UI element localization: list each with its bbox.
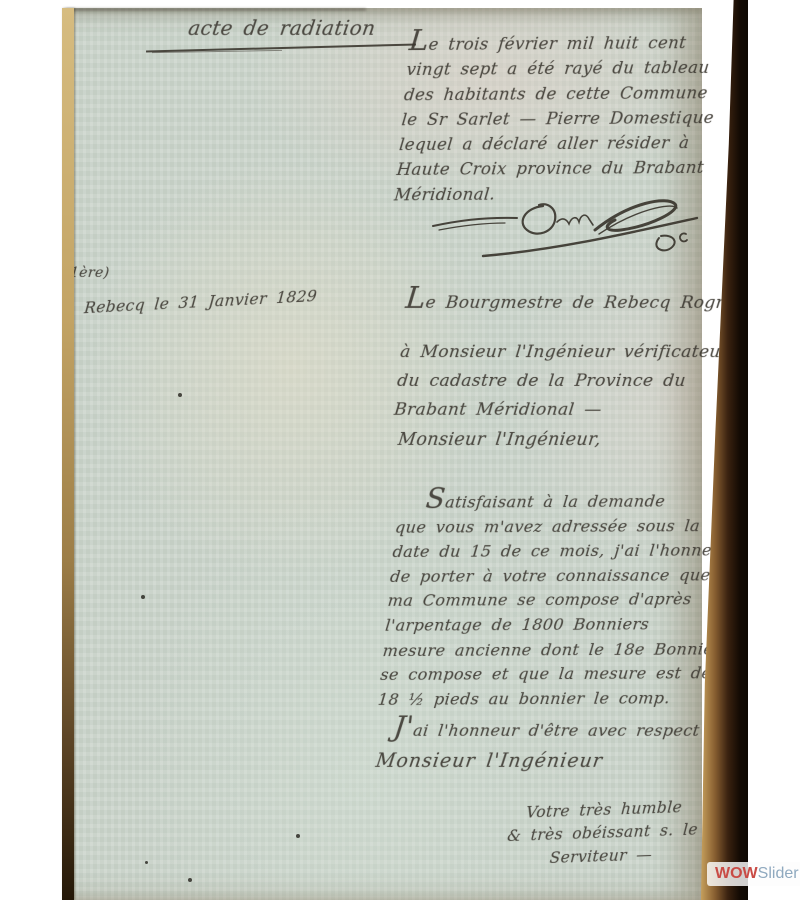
body-line: que vous m'avez adressée sous la	[394, 514, 757, 540]
body-line: 18 ½ pieds au bonnier le comp.	[377, 686, 740, 712]
address-line: Le Bourgmestre de Rebecq Rognon	[404, 284, 753, 318]
body-line: Satisfaisant à la demande	[396, 485, 759, 515]
registration-line: Le trois février mil huit cent	[408, 26, 749, 57]
body-line: mesure ancienne dont le 18e Bonnier	[382, 637, 745, 663]
registration-line: le Sr Sarlet — Pierre Domestique	[400, 105, 741, 132]
watermark-brand-primary: WOW	[715, 862, 758, 886]
watermark-brand-secondary: Slider	[758, 862, 799, 886]
scanned-manuscript-page: acte de radiation Le trois février mil h…	[0, 0, 800, 900]
signature-flourish	[425, 192, 715, 260]
address-block: Le Bourgmestre de Rebecq Rognon à Monsie…	[393, 284, 753, 425]
address-line: du cadastre de la Province du	[396, 367, 744, 396]
ink-speck	[296, 834, 300, 838]
closing-addressee: Monsieur l'Ingénieur	[374, 750, 604, 772]
wowslider-watermark[interactable]: WOWSlider	[707, 862, 800, 886]
registration-line: des habitants de cette Commune	[403, 80, 744, 107]
salutation: Monsieur l'Ingénieur,	[397, 430, 602, 450]
closing-formula: J'ai l'honneur d'être avec respect	[392, 710, 702, 743]
book-spine-edge	[62, 8, 74, 900]
ink-speck	[145, 861, 148, 864]
body-line: de porter à votre connaissance que	[389, 563, 752, 589]
body-line: l'arpentage de 1800 Bonniers	[384, 612, 747, 638]
valediction: Votre très humble & très obéissant s. le…	[498, 795, 708, 871]
registration-line: lequel a déclaré aller résider à	[398, 130, 739, 157]
address-line: Brabant Méridional —	[393, 396, 741, 425]
ink-speck	[141, 595, 145, 599]
ink-speck	[178, 393, 182, 397]
registration-line: vingt sept a été rayé du tableau	[405, 55, 746, 82]
ink-speck	[188, 878, 192, 882]
body-line: ma Commune se compose d'après	[386, 587, 749, 613]
page-top-shadow	[66, 8, 366, 11]
body-line: se compose et que la mesure est de	[379, 661, 742, 687]
address-line: à Monsieur l'Ingénieur vérificateur	[399, 338, 747, 367]
body-line: date du 15 de ce mois, j'ai l'honneur	[391, 538, 754, 564]
body-paragraph: Satisfaisant à la demande que vous m'ave…	[377, 485, 760, 712]
page-title: acte de radiation	[146, 16, 417, 40]
registration-line: Haute Croix province du Brabant	[396, 155, 737, 182]
registration-note: Le trois février mil huit cent vingt sep…	[393, 26, 749, 207]
